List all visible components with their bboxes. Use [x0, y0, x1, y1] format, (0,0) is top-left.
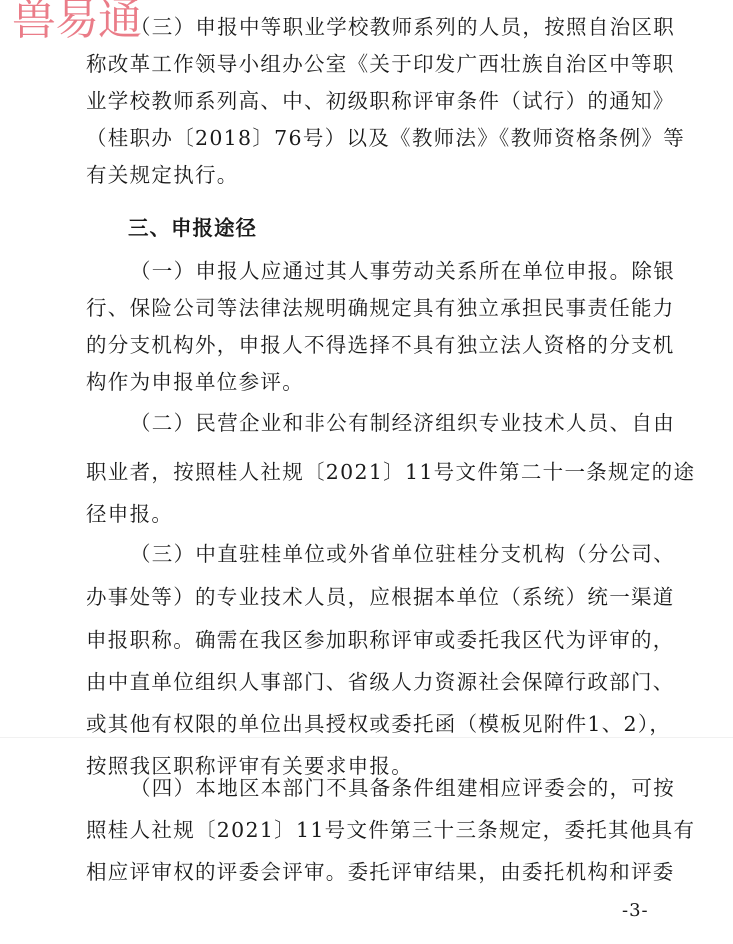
page-number: -3- — [622, 900, 649, 921]
paragraph-line: 径申报。 — [86, 496, 670, 533]
paragraph-line: 行、保险公司等法律法规明确规定具有独立承担民事责任能力 — [86, 290, 670, 327]
paragraph-line: （三）中直驻桂单位或外省单位驻桂分支机构（分公司、 — [130, 536, 670, 573]
paragraph-line: 相应评审权的评委会评审。委托评审结果，由委托机构和评委 — [86, 854, 670, 891]
paragraph-line: （四）本地区本部门不具备条件组建相应评委会的，可按 — [130, 770, 670, 807]
paragraph-line: （桂职办〔2018〕76号）以及《教师法》《教师资格条例》等 — [86, 120, 670, 157]
paragraph-line: 办事处等）的专业技术人员，应根据本单位（系统）统一渠道 — [86, 579, 670, 616]
paragraph-line: 照桂人社规〔2021〕11号文件第三十三条规定，委托其他具有 — [86, 812, 670, 849]
paragraph-line: （一）申报人应通过其人事劳动关系所在单位申报。除银 — [130, 253, 670, 290]
paragraph-line: 职业者，按照桂人社规〔2021〕11号文件第二十一条规定的途 — [86, 454, 670, 491]
scan-divider — [0, 737, 733, 738]
paragraph-line: （三）申报中等职业学校教师系列的人员，按照自治区职 — [130, 9, 670, 46]
paragraph-line: 称改革工作领导小组办公室《关于印发广西壮族自治区中等职 — [86, 46, 670, 83]
paragraph-line: （二）民营企业和非公有制经济组织专业技术人员、自由 — [130, 405, 670, 442]
paragraph-line: 构作为申报单位参评。 — [86, 364, 670, 401]
paragraph-line: 有关规定执行。 — [86, 157, 670, 194]
paragraph-line: 申报职称。确需在我区参加职称评审或委托我区代为评审的， — [86, 622, 670, 659]
watermark: 兽易通 — [12, 0, 141, 46]
paragraph-line: 的分支机构外，申报人不得选择不具有独立法人资格的分支机 — [86, 327, 670, 364]
section-heading: 三、申报途径 — [128, 210, 257, 247]
paragraph-line: 业学校教师系列高、中、初级职称评审条件（试行）的通知》 — [86, 83, 670, 120]
paragraph-line: 由中直单位组织人事部门、省级人力资源社会保障行政部门、 — [86, 664, 670, 701]
